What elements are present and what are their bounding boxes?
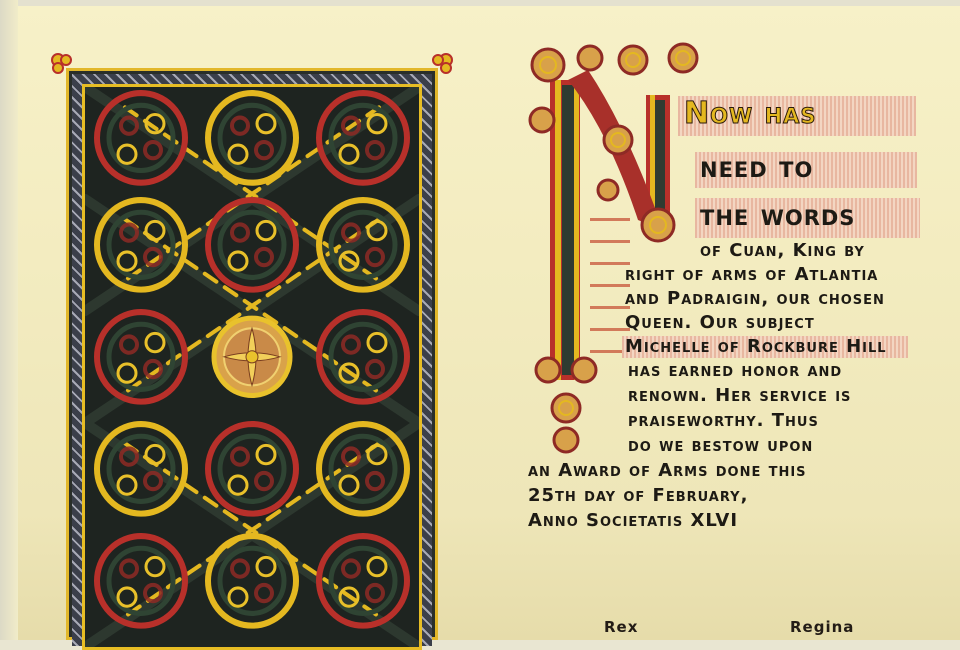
- corner-trefoil-icon: [430, 52, 454, 76]
- body-line: Anno Societatis XLVI: [528, 510, 738, 531]
- signature-rex: Rex: [604, 618, 638, 636]
- corner-trefoil-icon: [50, 52, 74, 76]
- center-medallion: [214, 318, 290, 395]
- body-line: right of arms of Atlantia: [625, 264, 878, 285]
- scroll-top-edge: [0, 0, 960, 6]
- parchment-page: Now has need to the words of Cuan, King …: [0, 0, 960, 640]
- scroll-left-edge: [0, 0, 18, 640]
- body-line: Queen. Our subject: [625, 312, 815, 333]
- knotwork-field: [82, 84, 422, 640]
- body-line: an Award of Arms done this: [528, 460, 807, 481]
- recipient-name: Michelle of Rockbure Hill: [625, 336, 887, 357]
- body-line: renown. Her service is: [628, 385, 851, 406]
- signature-regina: Regina: [790, 618, 854, 636]
- body-line: 25th day of February,: [528, 485, 748, 506]
- heading-line: Now has: [684, 96, 817, 131]
- knotwork-panel: [66, 68, 438, 640]
- body-line: of Cuan, King by: [700, 240, 865, 261]
- celtic-knot-pattern-icon: [85, 87, 419, 640]
- body-line: do we bestow upon: [628, 435, 813, 456]
- body-line: has earned honor and: [628, 360, 842, 381]
- heading-line: need to: [700, 150, 813, 185]
- body-line: and Padraigin, our chosen: [625, 288, 885, 309]
- body-line: praiseworthy. Thus: [628, 410, 819, 431]
- heading-line: the words: [700, 198, 855, 233]
